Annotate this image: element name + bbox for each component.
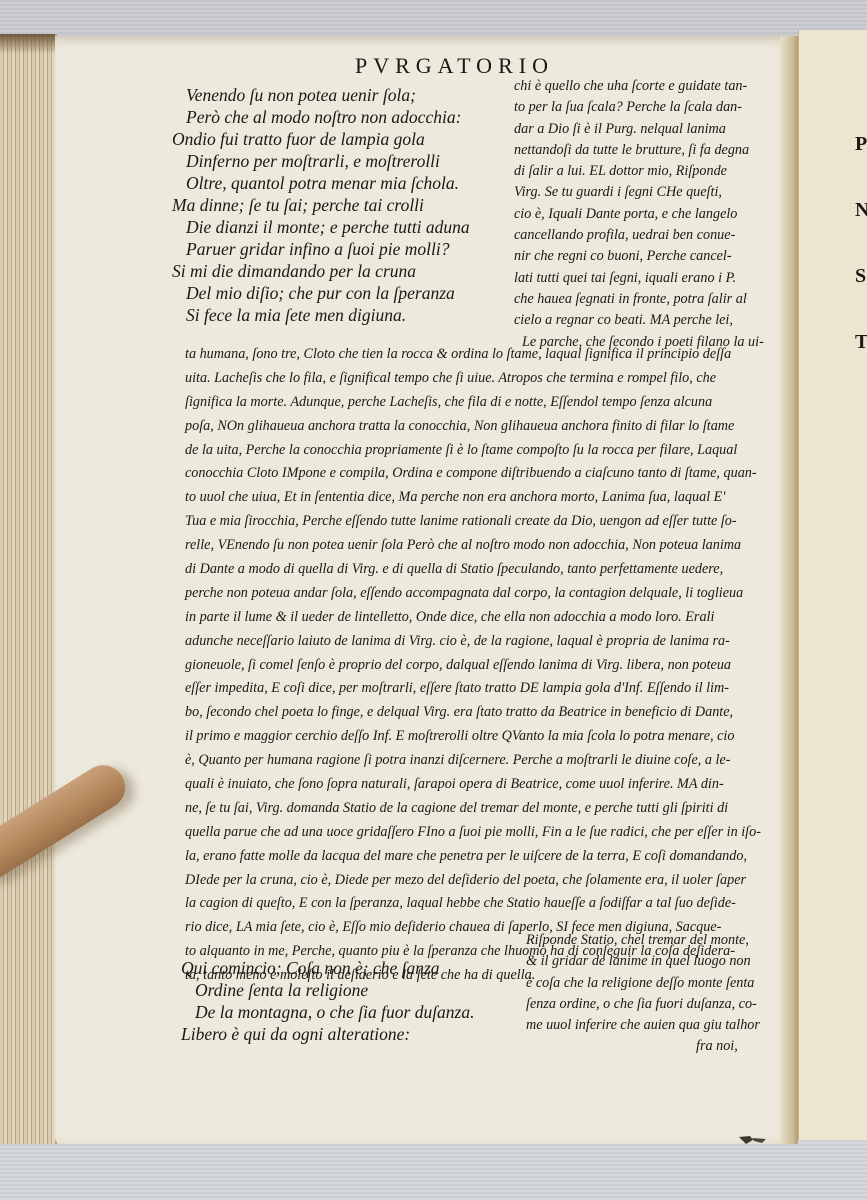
commentary-line: DIede per la cruna, cio è, Diede per mez…	[185, 869, 761, 893]
commentary-line: lati tutti quei tai ſegni, iquali erano …	[514, 268, 764, 289]
verse-block-top: Venendo ſu non potea uenir ſola; Però ch…	[172, 84, 470, 326]
facing-page-initial: S	[855, 265, 866, 288]
commentary-line: di Dante a modo di quella di Virg. e di …	[185, 558, 761, 582]
verse-line: Dinferno per moſtrarli, e moſtrerolli	[172, 150, 470, 172]
book-page-edges	[0, 34, 57, 1144]
commentary-line: è, Quanto per humana ragione ſi potra in…	[185, 749, 761, 773]
book-gutter	[780, 36, 798, 1144]
commentary-line: to per la ſua ſcala? Perche la ſcala dan…	[514, 97, 764, 118]
commentary-line: ſenza ordine, o che ſia fuori duſanza, c…	[526, 994, 760, 1015]
commentary-line: cio è, Iquali Dante porta, e che langelo	[514, 204, 764, 225]
background-top	[0, 0, 867, 34]
commentary-line: adunche neceſſario laiuto de lanima di V…	[185, 630, 761, 654]
commentary-line: quali è inuiato, che ſono ſopra naturali…	[185, 773, 761, 797]
commentary-line: ne, ſe tu ſai, Virg. domanda Statio de l…	[185, 797, 761, 821]
commentary-line: me uuol inferire che auien qua giu talho…	[526, 1015, 760, 1036]
commentary-line: poſa, NOn glihaueua anchora tratta la co…	[185, 415, 761, 439]
verse-line: Ondio fui tratto fuor de lampia gola	[172, 128, 470, 150]
verse-line: De la montagna, o che ſia fuor duſanza.	[181, 1001, 475, 1023]
commentary-line: Riſponde Statio, chel tremar del monte,	[526, 930, 760, 951]
verse-line: Però che al modo noſtro non adocchia:	[172, 106, 470, 128]
commentary-line: nettandoſi da tutte le brutture, ſi fa d…	[514, 140, 764, 161]
commentary-full-width: ta humana, ſono tre, Cloto che tien la r…	[185, 343, 761, 988]
commentary-line: la cagion di queſto, E con la ſperanza, …	[185, 892, 761, 916]
commentary-top-right: chi è quello che uha ſcorte e guidate ta…	[514, 76, 764, 353]
commentary-line: fra noi,	[526, 1036, 760, 1057]
verse-line: Libero è qui da ogni alteratione:	[181, 1023, 475, 1045]
verse-line: Si mi die dimandando per la cruna	[172, 260, 470, 282]
commentary-line: Tua e mia ſirocchia, Perche eſſendo tutt…	[185, 510, 761, 534]
commentary-line: in parte il lume & il ueder de lintellet…	[185, 606, 761, 630]
commentary-line: che hauea ſegnati in fronte, potra ſalir…	[514, 289, 764, 310]
commentary-line: la, erano fatte molle da lacqua del mare…	[185, 845, 761, 869]
verse-line: Del mio diſio; che pur con la ſperanza	[172, 282, 470, 304]
facing-page	[798, 30, 867, 1140]
commentary-line: cielo a regnar co beati. MA perche lei,	[514, 310, 764, 331]
commentary-line: il primo e maggior cerchio deſſo Inf. E …	[185, 725, 761, 749]
background-bottom	[0, 1140, 867, 1200]
verse-line: Paruer gridar infino a ſuoi pie molli?	[172, 238, 470, 260]
commentary-line: eſſer impedita, E coſi dice, per moſtrar…	[185, 677, 761, 701]
commentary-line: nir che regni co buoni, Perche cancel-	[514, 246, 764, 267]
facing-page-initial: N	[855, 199, 867, 222]
commentary-line: to uuol che uiua, Et in ſententia dice, …	[185, 486, 761, 510]
verse-line: Venendo ſu non potea uenir ſola;	[172, 84, 470, 106]
commentary-line: ta humana, ſono tre, Cloto che tien la r…	[185, 343, 761, 367]
commentary-line: perche non poteua andar ſola, eſſendo ac…	[185, 582, 761, 606]
commentary-line: quella parue che ad una uoce gridaſſero …	[185, 821, 761, 845]
verse-line: Qui comincio; Coſa non è; che ſanza	[181, 957, 475, 979]
commentary-line: relle, VEnendo ſu non potea uenir ſola P…	[185, 534, 761, 558]
commentary-line: di ſalir a lui. EL dottor mio, Riſponde	[514, 161, 764, 182]
commentary-line: è coſa che la religione deſſo monte ſent…	[526, 973, 760, 994]
commentary-line: ſignifica la morte. Adunque, perche Lach…	[185, 391, 761, 415]
small-insect-icon	[738, 1135, 768, 1145]
commentary-line: uita. Lacheſis che lo fila, e ſignifical…	[185, 367, 761, 391]
commentary-line: cancellando profila, uedrai ben conue-	[514, 225, 764, 246]
commentary-line: gioneuole, ſi comel ſenſo è proprio del …	[185, 654, 761, 678]
verse-block-bottom: Qui comincio; Coſa non è; che ſanza Ordi…	[181, 957, 475, 1045]
commentary-line: bo, ſecondo chel poeta lo finge, e delqu…	[185, 701, 761, 725]
commentary-bottom-right: Riſponde Statio, chel tremar del monte, …	[526, 930, 760, 1058]
commentary-line: & il gridar de lanime in quel luogo non	[526, 951, 760, 972]
facing-page-initial: T	[855, 331, 867, 354]
commentary-line: Virg. Se tu guardi i ſegni CHe queſti,	[514, 182, 764, 203]
verse-line: Die dianzi il monte; e perche tutti adun…	[172, 216, 470, 238]
commentary-line: chi è quello che uha ſcorte e guidate ta…	[514, 76, 764, 97]
commentary-line: dar a Dio ſi è il Purg. nelqual lanima	[514, 119, 764, 140]
verse-line: Oltre, quantol potra menar mia ſchola.	[172, 172, 470, 194]
commentary-line: conocchia Cloto IMpone e compila, Ordina…	[185, 462, 761, 486]
verse-line: Ma dinne; ſe tu ſai; perche tai crolli	[172, 194, 470, 216]
page-edges-shadow	[0, 34, 55, 54]
verse-line: Ordine ſenta la religione	[181, 979, 475, 1001]
verse-line: Si fece la mia ſete men digiuna.	[172, 304, 470, 326]
facing-page-initial: P	[855, 133, 867, 156]
commentary-line: de la uita, Perche la conocchia propriam…	[185, 439, 761, 463]
